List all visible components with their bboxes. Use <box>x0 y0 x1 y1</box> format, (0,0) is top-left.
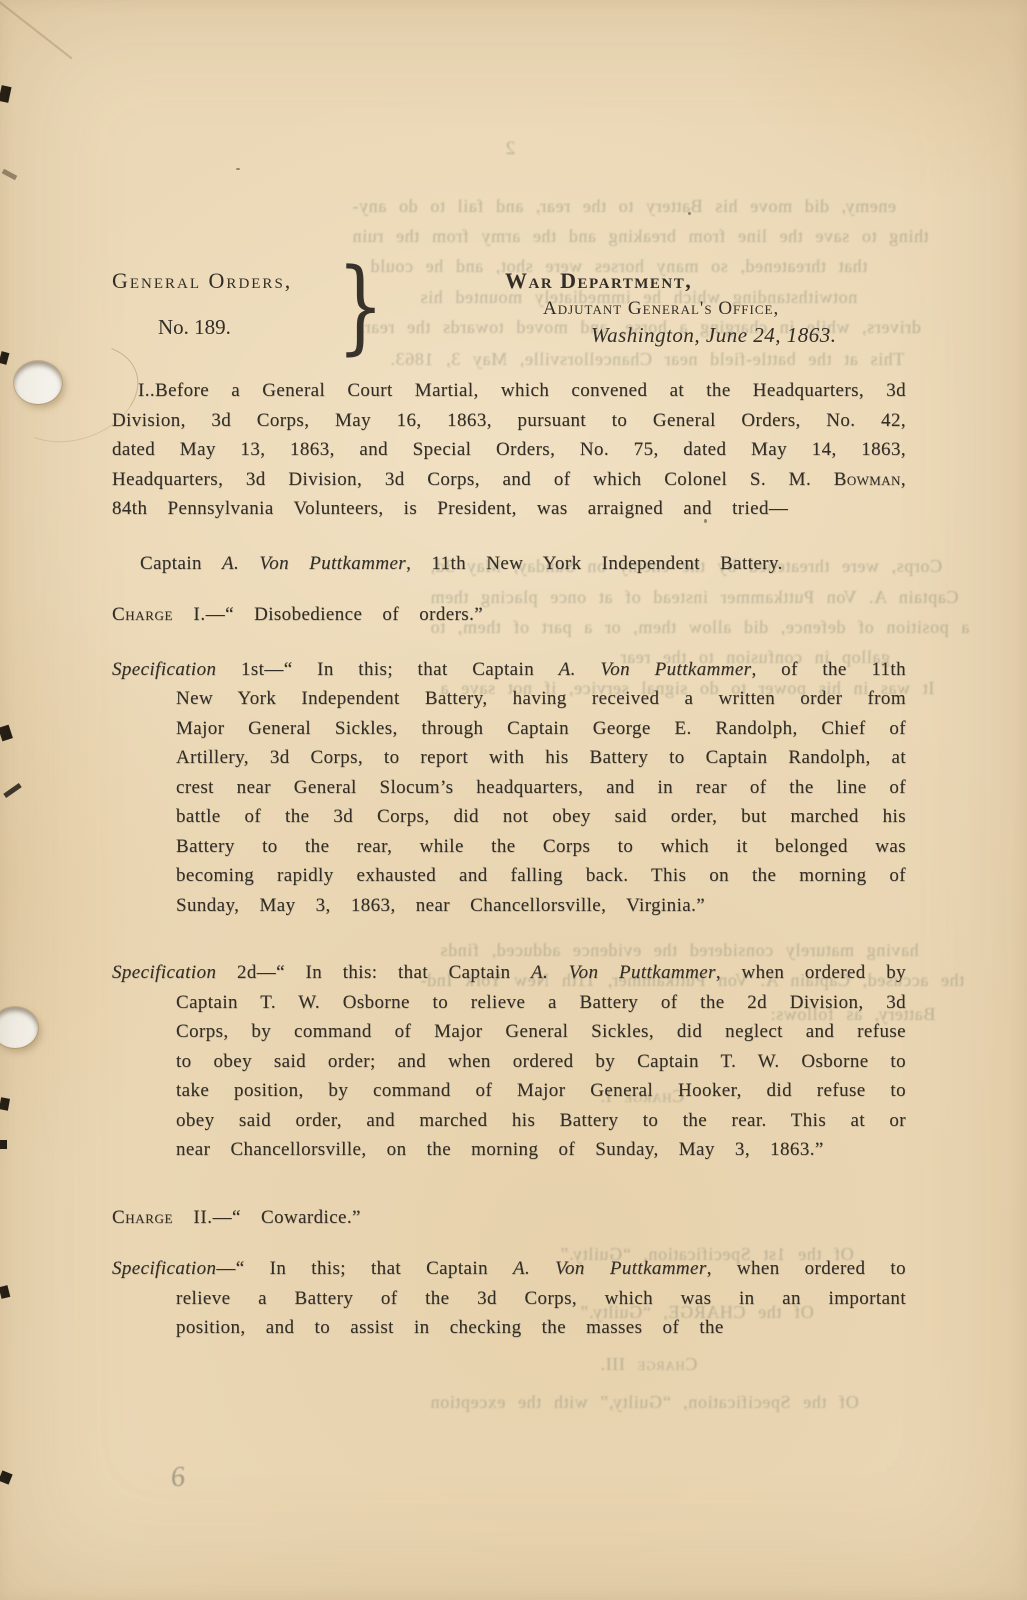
department-title: War Department, <box>505 268 837 294</box>
defendant-name: A. Von Puttkammer <box>559 659 752 680</box>
defendant-name: A. Von Puttkammer <box>531 962 716 983</box>
defendant-name: A. Von Puttkammer <box>513 1258 707 1279</box>
brace-glyph: } <box>337 256 384 358</box>
punch-hole <box>14 361 62 404</box>
corner-crease <box>0 0 72 59</box>
scanned-document-page: { "header": { "orders_line1": "General O… <box>0 0 1027 1600</box>
bleedthrough-text: This at the battle-field near Chancellor… <box>390 349 904 370</box>
intro-text: I..Before a General Court Martial, which… <box>112 380 906 490</box>
office-title: Adjutant General's Office, <box>543 298 837 320</box>
paper-edge-mark <box>0 1140 7 1149</box>
specification-label: Specification <box>112 962 216 983</box>
specification-text: , when ordered by Captain T. W. Osborne … <box>176 962 906 1160</box>
pencil-annotation: 6 <box>169 1461 186 1494</box>
paper-edge-mark <box>0 725 13 742</box>
specification-text: 1st—“ In this; that Captain <box>216 659 558 680</box>
paper-edge-mark <box>3 783 21 798</box>
president-name: Bowman <box>834 469 901 490</box>
bleedthrough-text: thing to save the line from breaking and… <box>352 226 929 247</box>
dateline: Washington, June 24, 1863. <box>591 323 837 348</box>
defendant-name: A. Von Puttkammer <box>222 553 406 574</box>
document-body: I..Before a General Court Martial, which… <box>112 376 906 1343</box>
paper-speck <box>688 212 691 215</box>
bleedthrough-text: Charge III. <box>600 1354 697 1375</box>
paper-edge-mark <box>0 85 12 103</box>
specification-text: , of the 11th New York Independent Batte… <box>176 659 906 916</box>
specification-1: Specification 1st—“ In this; that Captai… <box>112 655 906 921</box>
charge-1-line: Charge I.—“ Disobedience of orders.” <box>112 600 906 630</box>
specification-2: Specification 2d—“ In this: that Captain… <box>112 958 906 1165</box>
arraigned-line: Captain A. Von Puttkammer, 11th New York… <box>112 549 906 579</box>
specification-label: Specification <box>112 659 216 680</box>
document-page: 2 enemy, did move his Battery to the rea… <box>0 0 1027 1600</box>
paper-speck <box>704 519 707 523</box>
bleedthrough-page-number: 2 <box>505 138 515 160</box>
specification-3: Specification—“ In this; that Captain A.… <box>112 1254 906 1343</box>
bleedthrough-text: enemy, did move his Battery to the rear,… <box>352 196 896 217</box>
specification-label: Specification <box>112 1258 216 1279</box>
charge-1-text: —“ Disobedience of orders.” <box>206 604 483 625</box>
charge-2-label: Charge II. <box>112 1207 213 1228</box>
punch-hole <box>0 1007 38 1048</box>
arraigned-text: Captain <box>140 553 222 574</box>
charge-1-label: Charge I. <box>112 604 206 625</box>
orders-number: No. 189. <box>158 315 231 340</box>
intro-paragraph: I..Before a General Court Martial, which… <box>112 376 906 524</box>
department-block: War Department, Adjutant General's Offic… <box>505 268 837 348</box>
paper-edge-mark <box>0 1285 10 1299</box>
charge-2-line: Charge II.—“ Cowardice.” <box>112 1203 906 1233</box>
specification-text: 2d—“ In this: that Captain <box>216 962 531 983</box>
paper-speck <box>236 168 240 170</box>
paper-edge-mark <box>2 169 18 180</box>
specification-text: —“ In this; that Captain <box>216 1258 513 1279</box>
paper-edge-mark <box>0 1470 13 1484</box>
paper-edge-mark <box>0 1097 10 1110</box>
charge-2-text: —“ Cowardice.” <box>213 1207 361 1228</box>
paper-edge-mark <box>0 351 9 365</box>
orders-title: General Orders, <box>112 268 292 294</box>
arraigned-text: , 11th New York Independent Battery. <box>406 553 783 574</box>
bleedthrough-text: Of the Specification, “Guilty,” with the… <box>430 1392 859 1413</box>
